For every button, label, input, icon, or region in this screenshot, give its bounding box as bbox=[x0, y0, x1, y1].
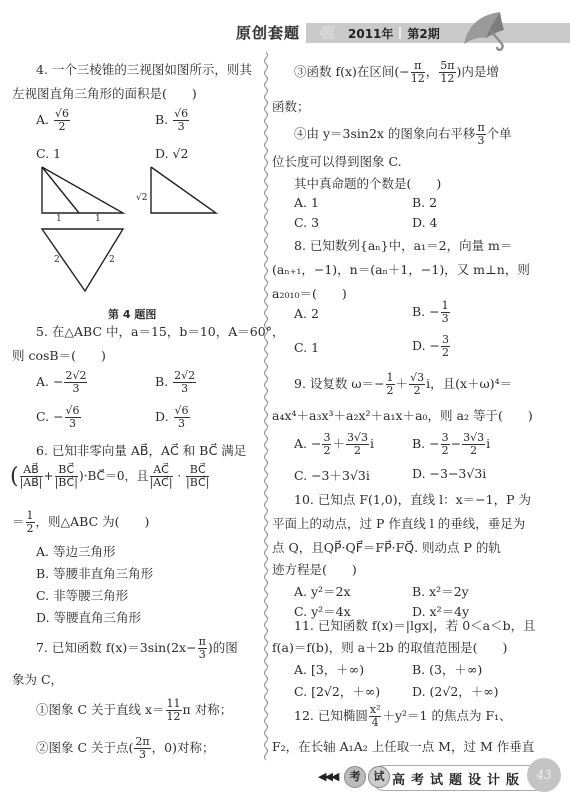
arrows-icon: ◀◀◀ bbox=[318, 770, 337, 783]
fraction: 12 bbox=[386, 372, 395, 397]
q9-stem-line1: 9. 设复数 ω＝−12＋√32i，且(x＋ω)⁴＝ bbox=[294, 372, 512, 397]
q7-stem-line2: 象为 C， bbox=[12, 670, 63, 688]
q10-option-a: A. y²＝2x bbox=[294, 582, 351, 600]
fraction: 3√32 bbox=[462, 432, 485, 457]
q9-option-c: C. −3＋3√3i bbox=[294, 466, 370, 484]
fraction: 32 bbox=[322, 432, 331, 457]
fraction: 32 bbox=[441, 334, 450, 359]
q10-stem-line4: 迹方程是( ) bbox=[272, 560, 357, 578]
figure-caption: 第 4 题图 bbox=[108, 306, 156, 322]
column-title: 原创套题 bbox=[236, 22, 300, 43]
q7-option-c: C. 3 bbox=[294, 215, 319, 230]
footer-badge-shi: 试 bbox=[368, 766, 390, 788]
fraction: AB⃗|AB⃗| bbox=[20, 464, 43, 489]
chevrons-icon: 《《《 bbox=[312, 22, 333, 43]
q11-stem-line2: f(a)＝f(b)，则 a＋2b 的取值范围是( ) bbox=[272, 638, 507, 656]
umbrella-icon bbox=[460, 8, 520, 54]
fraction: BC⃗|BC⃗| bbox=[55, 464, 78, 489]
q4-stem-line1: 4. 一个三棱锥的三视图如图所示，则其 bbox=[36, 60, 252, 78]
fig-label-base2: 1 bbox=[95, 214, 101, 224]
fraction: π3 bbox=[198, 636, 207, 661]
q10-stem-line1: 10. 已知点 F(1,0)，直线 l：x＝−1，P 为 bbox=[294, 490, 531, 508]
q12-stem-line1: 12. 已知椭圆x²4＋y²＝1 的焦点为 F₁、 bbox=[294, 704, 512, 729]
fraction: BC⃗|BC⃗| bbox=[186, 464, 209, 489]
issue-number: 第2期 bbox=[407, 27, 439, 41]
fig-label-height: √2 bbox=[136, 193, 147, 203]
fig-label-tri-right: 2 bbox=[109, 255, 115, 265]
q6-stem-line2: (AB⃗|AB⃗|+BC⃗|BC⃗|)·BC⃗＝0，且AC⃗|AC⃗| · BC… bbox=[10, 464, 210, 489]
q7-statement-4-line2: 位长度可以得到图象 C. bbox=[272, 152, 402, 170]
issue-year: 2011年 bbox=[348, 27, 393, 41]
q5-option-d: D. √63 bbox=[155, 405, 191, 430]
q7-statement-3-line2: 函数； bbox=[272, 97, 310, 115]
q7-statement-4: ④由 y＝3sin2x 的图象向右平移π3个单 bbox=[294, 122, 512, 147]
q8-stem-line3: a₂₀₁₀＝( ) bbox=[272, 284, 347, 302]
q11-option-a: A. [3，＋∞) bbox=[294, 660, 364, 678]
q7-statement-1: ①图象 C 关于直线 x＝1112π 对称； bbox=[36, 698, 232, 723]
fraction: 32 bbox=[441, 432, 450, 457]
q7-statement-2: ②图象 C 关于点(2π3，0)对称； bbox=[36, 736, 214, 761]
q5-option-a: A. −2√23 bbox=[36, 370, 88, 395]
footer-badge-kao: 考 bbox=[344, 766, 366, 788]
q5-option-c: C. −√63 bbox=[36, 405, 82, 430]
q10-option-b: B. x²＝2y bbox=[412, 582, 469, 600]
q9-stem-line2: a₄x⁴＋a₃x³＋a₂x²＋a₁x＋a₀，则 a₂ 等于( ) bbox=[272, 406, 533, 424]
q9-option-d: D. −3−3√3i bbox=[412, 466, 486, 481]
fraction: √32 bbox=[409, 372, 425, 397]
fraction: 1112 bbox=[166, 698, 182, 723]
page-number: 43 bbox=[527, 758, 561, 792]
q4-option-c: C. 1 bbox=[36, 146, 61, 161]
q10-stem-line3: 点 Q，且QP⃗·QF⃗＝FP⃗·FQ⃗. 则动点 P 的轨 bbox=[272, 538, 501, 556]
q12-stem-line2: F₂，在长轴 A₁A₂ 上任取一点 M，过 M 作垂直 bbox=[272, 737, 534, 755]
fig-label-base1: 1 bbox=[56, 214, 62, 224]
q8-stem-line2: (aₙ₊₁，−1)，n＝(aₙ＋1，−1)，又 m⊥n，则 bbox=[272, 260, 530, 278]
q11-option-c: C. [2√2，＋∞) bbox=[294, 682, 380, 700]
fraction: 12 bbox=[26, 510, 35, 535]
q11-option-b: B. (3，＋∞) bbox=[412, 660, 482, 678]
q11-option-d: D. (2√2，＋∞) bbox=[412, 682, 499, 700]
q7-stem-line1: 7. 已知函数 f(x)＝3sin(2x−π3)的图 bbox=[36, 636, 238, 661]
q8-option-a: A. 2 bbox=[294, 306, 319, 321]
q8-option-c: C. 1 bbox=[294, 340, 319, 355]
fraction: 2√23 bbox=[173, 370, 196, 395]
fraction: π3 bbox=[476, 122, 485, 147]
q5-option-b: B. 2√23 bbox=[155, 370, 197, 395]
q8-option-d: D. −32 bbox=[412, 334, 451, 359]
footer-edition-label: 高考试题设计版 bbox=[392, 769, 525, 788]
three-view-figure bbox=[0, 160, 260, 305]
q6-stem-line3: ＝12，则△ABC 为( ) bbox=[12, 510, 149, 535]
q5-stem-line1: 5. 在△ABC 中，a＝15，b＝10，A＝60°， bbox=[36, 322, 284, 340]
q6-option-a: A. 等边三角形 bbox=[36, 542, 115, 560]
q7-option-b: B. 2 bbox=[412, 195, 437, 210]
fraction: 2π3 bbox=[134, 736, 150, 761]
fraction: √63 bbox=[174, 405, 190, 430]
q4-option-b: B. √63 bbox=[155, 108, 190, 133]
fraction: 2√23 bbox=[64, 370, 87, 395]
q7-question: 其中真命题的个数是( ) bbox=[294, 174, 441, 192]
q6-stem-line1: 6. 已知非零向量 AB⃗，AC⃗ 和 BC⃗ 满足 bbox=[36, 441, 246, 459]
q6-option-d: D. 等腰直角三角形 bbox=[36, 608, 141, 626]
q4-option-d: D. √2 bbox=[155, 146, 188, 161]
fig-label-tri-left: 2 bbox=[54, 255, 60, 265]
q6-option-b: B. 等腰非直角三角形 bbox=[36, 564, 153, 582]
fraction: √63 bbox=[65, 405, 81, 430]
q8-option-b: B. −13 bbox=[412, 300, 451, 325]
fraction: x²4 bbox=[369, 704, 382, 729]
issue-label: 2011年第2期 bbox=[348, 25, 440, 42]
fraction: 13 bbox=[441, 300, 450, 325]
q4-stem-line2: 左视图直角三角形的面积是( ) bbox=[12, 84, 197, 102]
fraction: π12 bbox=[411, 60, 425, 85]
q9-option-a: A. −32＋3√32i bbox=[294, 432, 374, 457]
q11-stem-line1: 11. 已知函数 f(x)＝|lgx|，若 0＜a＜b，且 bbox=[294, 616, 536, 634]
fraction: 3√32 bbox=[346, 432, 369, 457]
fraction: √63 bbox=[173, 108, 189, 133]
q4-option-a: A. √62 bbox=[36, 108, 71, 133]
q5-stem-line2: 则 cosB＝( ) bbox=[12, 346, 106, 364]
column-divider bbox=[262, 52, 270, 764]
q7-option-a: A. 1 bbox=[294, 195, 319, 210]
q9-option-b: B. −32−3√32i bbox=[412, 432, 490, 457]
fraction: 5π12 bbox=[439, 60, 455, 85]
q10-stem-line2: 平面上的动点，过 P 作直线 l 的垂线，垂足为 bbox=[272, 514, 525, 532]
q8-stem-line1: 8. 已知数列{aₙ}中，a₁＝2，向量 m＝ bbox=[294, 236, 512, 254]
q7-option-d: D. 4 bbox=[412, 215, 437, 230]
q7-statement-3: ③函数 f(x)在区间(−π12，5π12)内是增 bbox=[294, 60, 499, 85]
q6-option-c: C. 非等腰三角形 bbox=[36, 586, 128, 604]
fraction: AC⃗|AC⃗| bbox=[150, 464, 173, 489]
fraction: √62 bbox=[54, 108, 70, 133]
issue-separator bbox=[399, 27, 401, 39]
